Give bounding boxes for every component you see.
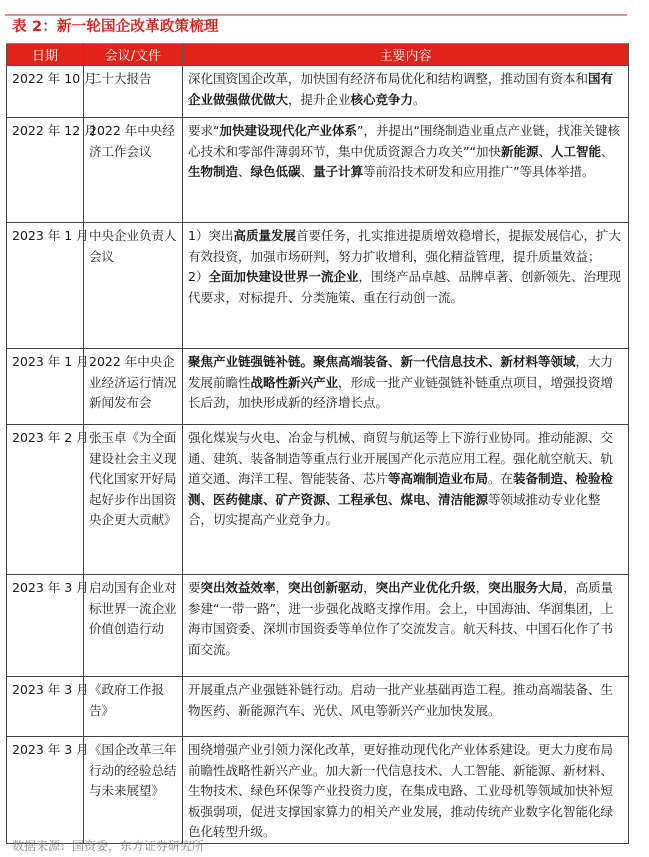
content-text: 。: [413, 92, 426, 107]
emphasis-text: 聚焦产业链强链补链。聚焦高端装备、新一代信息技术、新材料等领域: [188, 354, 576, 369]
cell-date: 2023 年 3 月: [7, 737, 84, 844]
table-row: 2023 年 3 月《国企改革三年行动的经验总结与未来展望》围绕增强产业引领力深…: [7, 737, 629, 844]
table-row: 2023 年 1 月2022 年中央企业经济运行情况新闻发布会聚焦产业链强链补链…: [7, 349, 629, 425]
content-text: 深化国资国企改革，加快国有经济布局优化和结构调整，推动国有资本和: [188, 71, 588, 86]
emphasis-text: 全面加快建设世界一流企业: [208, 269, 358, 284]
content-text: 1）突出: [188, 228, 233, 243]
cell-content: 要求“加快建设现代化产业体系”，并提出“围绕制造业重点产业链，找准关键核心技术和…: [183, 118, 629, 223]
top-rule: [5, 14, 627, 16]
emphasis-text: 加快建设现代化产业体系: [219, 123, 357, 138]
emphasis-text: 新能源: [501, 144, 539, 159]
data-source-note: 数据来源：国资委，东方证券研究所: [12, 838, 204, 854]
emphasis-text: 等高端制造业布局: [388, 471, 488, 486]
table-body: 2022 年 10 月二十大报告深化国资国企改革，加快国有经济布局优化和结构调整…: [7, 66, 629, 844]
emphasis-text: 人工智能: [551, 144, 601, 159]
content-text: 、: [538, 144, 551, 159]
cell-meeting: 《国企改革三年行动的经验总结与未来展望》: [84, 737, 183, 844]
cell-content: 开展重点产业强链补链行动。启动一批产业基础再造工程。推动高端装备、生物医药、新能…: [183, 677, 629, 737]
cell-meeting: 张玉卓《为全面建设社会主义现代化国家开好局起好步作出国资央企更大贡献》: [84, 425, 183, 575]
content-text: ，: [363, 580, 376, 595]
cell-content: 围绕增强产业引领力深化改革，更好推动现代化产业体系建设。更大力度布局前瞻性战略性…: [183, 737, 629, 844]
emphasis-text: 战略性新兴产业: [251, 375, 339, 390]
cell-content: 聚焦产业链强链补链。聚焦高端装备、新一代信息技术、新材料等领域，大力发展前瞻性战…: [183, 349, 629, 425]
table-row: 2023 年 3 月启动国有企业对标世界一流企业价值创造行动要突出效益效率，突出…: [7, 575, 629, 677]
cell-date: 2023 年 1 月: [7, 223, 84, 349]
table-row: 2022 年 10 月二十大报告深化国资国企改革，加快国有经济布局优化和结构调整…: [7, 66, 629, 118]
content-text: 、: [238, 164, 251, 179]
cell-date: 2023 年 1 月: [7, 349, 84, 425]
table-row: 2023 年 1 月中央企业负责人会议1）突出高质量发展首要任务，扎实推进提质增…: [7, 223, 629, 349]
content-text: 、: [601, 144, 614, 159]
content-text: ，: [476, 580, 489, 595]
content-text: 围绕增强产业引领力深化改革，更好推动现代化产业体系建设。更大力度布局前瞻性战略性…: [188, 742, 613, 839]
table-header-row: 日期 会议/文件 主要内容: [7, 44, 629, 66]
table-row: 2022 年 12 月2022 年中央经济工作会议要求“加快建设现代化产业体系”…: [7, 118, 629, 223]
cell-date: 2023 年 3 月: [7, 677, 84, 737]
content-text: 要求“: [188, 123, 219, 138]
emphasis-text: 绿色低碳: [251, 164, 301, 179]
content-text: 。在: [488, 471, 513, 486]
emphasis-text: 高质量发展: [233, 228, 296, 243]
cell-meeting: 启动国有企业对标世界一流企业价值创造行动: [84, 575, 183, 677]
emphasis-text: 突出服务大局: [488, 580, 563, 595]
cell-content: 要突出效益效率，突出创新驱动，突出产业优化升级，突出服务大局，高质量参建“一带一…: [183, 575, 629, 677]
content-text: ，提升企业: [288, 92, 351, 107]
cell-meeting: 二十大报告: [84, 66, 183, 118]
content-text: 要: [188, 580, 201, 595]
cell-content: 深化国资国企改革，加快国有经济布局优化和结构调整，推动国有资本和国有企业做强做优…: [183, 66, 629, 118]
emphasis-text: 突出产业优化升级: [376, 580, 476, 595]
cell-meeting: 2022 年中央经济工作会议: [84, 118, 183, 223]
cell-meeting: 中央企业负责人会议: [84, 223, 183, 349]
content-text: 开展重点产业强链补链行动。启动一批产业基础再造工程。推动高端装备、生物医药、新能…: [188, 682, 613, 718]
emphasis-text: 核心竞争力: [351, 92, 414, 107]
table-row: 2023 年 2 月张玉卓《为全面建设社会主义现代化国家开好局起好步作出国资央企…: [7, 425, 629, 575]
cell-date: 2022 年 10 月: [7, 66, 84, 118]
emphasis-text: 突出效益效率: [201, 580, 276, 595]
cell-meeting: 2022 年中央企业经济运行情况新闻发布会: [84, 349, 183, 425]
table-title: 表 2：新一轮国企改革政策梳理: [12, 17, 219, 37]
emphasis-text: 突出创新驱动: [288, 580, 363, 595]
cell-content: 强化煤炭与火电、冶金与机械、商贸与航运等上下游行业协同。推动能源、交通、建筑、装…: [183, 425, 629, 575]
content-text: ，: [276, 580, 289, 595]
header-content: 主要内容: [183, 44, 629, 66]
emphasis-text: 量子计算: [313, 164, 363, 179]
header-date: 日期: [7, 44, 84, 66]
cell-date: 2023 年 3 月: [7, 575, 84, 677]
cell-meeting: 《政府工作报告》: [84, 677, 183, 737]
content-text: 2）: [188, 269, 208, 284]
cell-content: 1）突出高质量发展首要任务，扎实推进提质增效稳增长，提振发展信心，扩大有效投资，…: [183, 223, 629, 349]
content-text: 等前沿技术研发和应用推广”等具体举措。: [363, 164, 594, 179]
cell-date: 2022 年 12 月: [7, 118, 84, 223]
table-row: 2023 年 3 月《政府工作报告》开展重点产业强链补链行动。启动一批产业基础再…: [7, 677, 629, 737]
emphasis-text: 生物制造: [188, 164, 238, 179]
content-text: 、: [301, 164, 314, 179]
header-meeting: 会议/文件: [84, 44, 183, 66]
cell-date: 2023 年 2 月: [7, 425, 84, 575]
policy-table: 日期 会议/文件 主要内容 2022 年 10 月二十大报告深化国资国企改革，加…: [6, 43, 629, 844]
